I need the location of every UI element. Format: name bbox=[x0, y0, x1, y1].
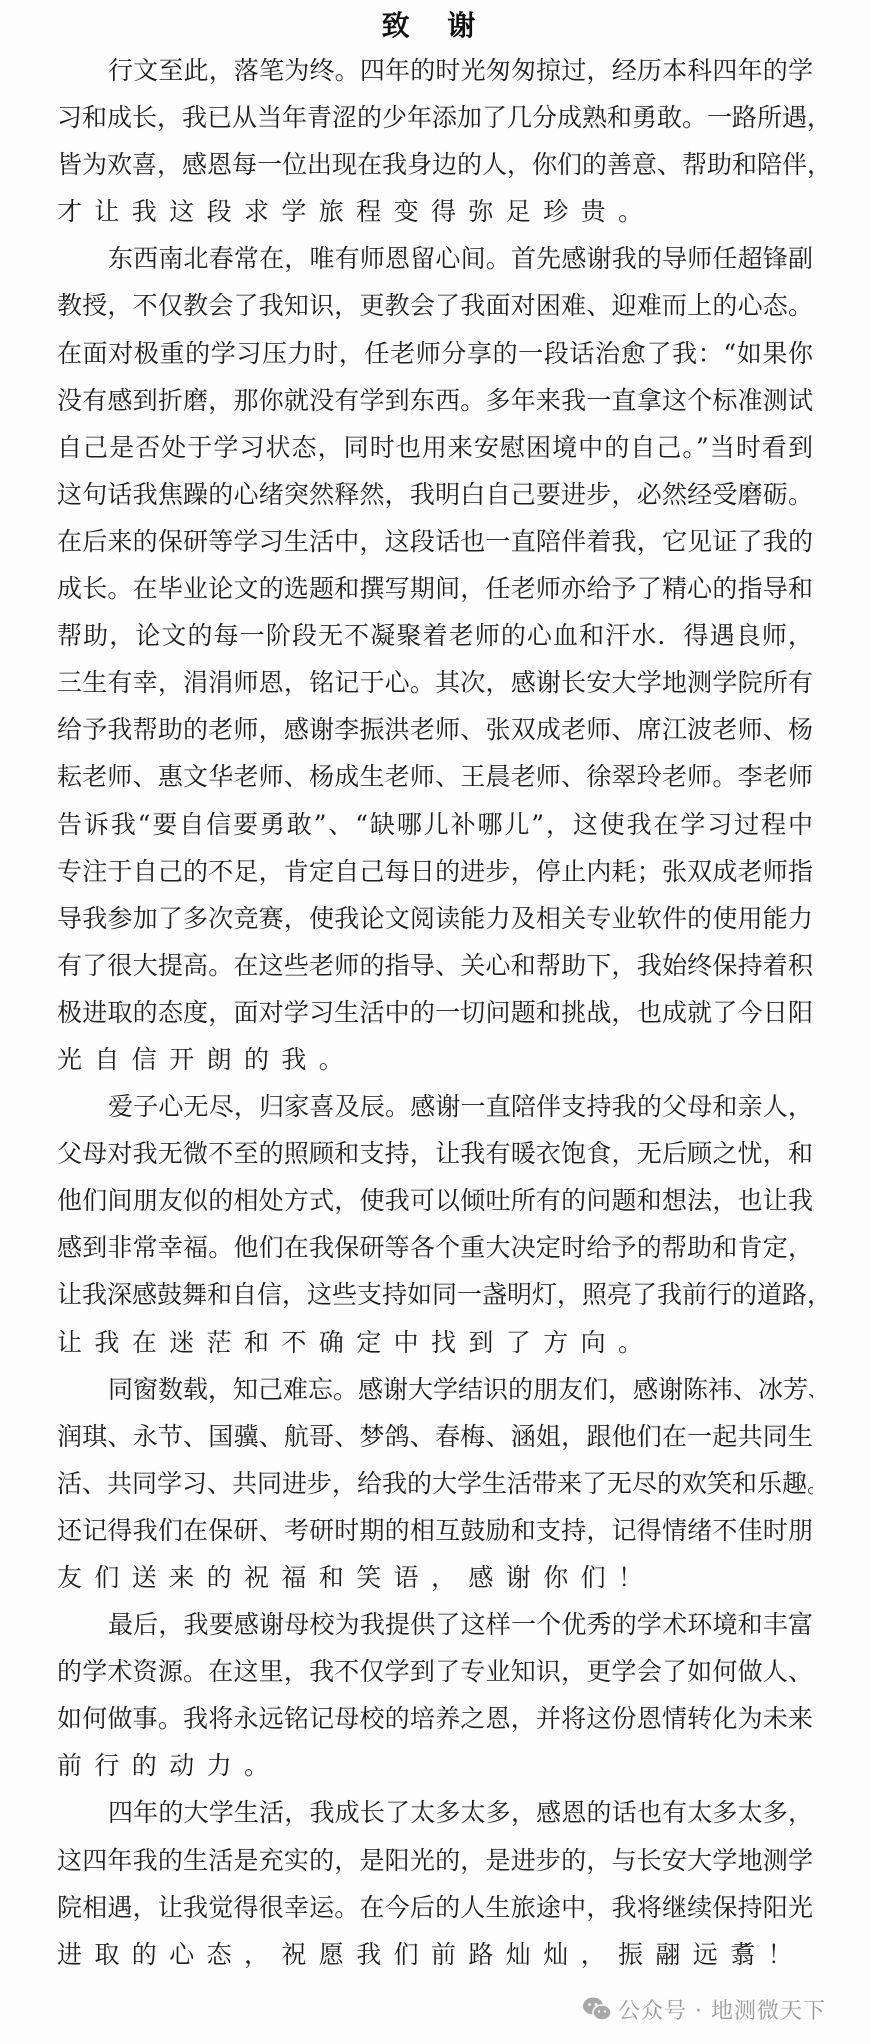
text-line: 在面对极重的学习压力时，任老师分享的一段话治愈了我：“如果你 bbox=[57, 337, 813, 384]
text-line: 专注于自己的不足，肯定自己每日的进步，停止内耗；张双成老师指 bbox=[57, 855, 813, 902]
paragraph: 最后，我要感谢母校为我提供了这样一个优秀的学术环境和丰富的学术资源。在这里，我不… bbox=[57, 1608, 813, 1796]
text-line: 极进取的态度，面对学习生活中的一切问题和挑战，也成就了今日阳 bbox=[57, 996, 813, 1043]
text-line: 告诉我“要自信要勇敢”、“缺哪儿补哪儿”，这使我在学习过程中 bbox=[57, 808, 813, 855]
text-line: 行文至此，落笔为终。四年的时光匆匆掠过，经历本科四年的学 bbox=[57, 54, 813, 101]
text-line: 同窗数载，知己难忘。感谢大学结识的朋友们，感谢陈祎、冰芳、 bbox=[57, 1373, 813, 1420]
text-line: 父母对我无微不至的照顾和支持，让我有暖衣饱食，无后顾之忧，和 bbox=[57, 1137, 813, 1184]
paragraph: 行文至此，落笔为终。四年的时光匆匆掠过，经历本科四年的学习和成长，我已从当年青涩… bbox=[57, 54, 813, 242]
text-line: 给予我帮助的老师，感谢李振洪老师、张双成老师、席江波老师、杨 bbox=[57, 713, 813, 760]
text-line: 润琪、永节、国骥、航哥、梦鸽、春梅、涵姐，跟他们在一起共同生 bbox=[57, 1420, 813, 1467]
text-line: 活、共同学习、共同进步，给我的大学生活带来了无尽的欢笑和乐趣。 bbox=[57, 1467, 813, 1514]
paragraph: 四年的大学生活，我成长了太多太多，感恩的话也有太多太多，这四年我的生活是充实的，… bbox=[57, 1796, 813, 1984]
text-line: 这四年我的生活是充实的，是阳光的，是进步的，与长安大学地测学 bbox=[57, 1844, 813, 1891]
text-line: 耘老师、惠文华老师、杨成生老师、王晨老师、徐翠玲老师。李老师 bbox=[57, 760, 813, 807]
text-line: 帮助，论文的每一阶段无不凝聚着老师的心血和汗水．得遇良师， bbox=[57, 619, 813, 666]
text-line: 最后，我要感谢母校为我提供了这样一个优秀的学术环境和丰富 bbox=[57, 1608, 813, 1655]
text-line: 让我在迷茫和不确定中找到了方向。 bbox=[57, 1326, 813, 1373]
wechat-icon bbox=[582, 1996, 612, 2022]
text-line: 这句话我焦躁的心绪突然释然，我明白自己要进步，必然经受磨砺。 bbox=[57, 478, 813, 525]
text-line: 他们间朋友似的相处方式，使我可以倾吐所有的问题和想法，也让我 bbox=[57, 1184, 813, 1231]
text-line: 如何做事。我将永远铭记母校的培养之恩，并将这份恩情转化为未来 bbox=[57, 1702, 813, 1749]
paragraph: 同窗数载，知己难忘。感谢大学结识的朋友们，感谢陈祎、冰芳、润琪、永节、国骥、航哥… bbox=[57, 1373, 813, 1608]
text-line: 没有感到折磨，那你就没有学到东西。多年来我一直拿这个标准测试 bbox=[57, 384, 813, 431]
paragraph: 东西南北春常在，唯有师恩留心间。首先感谢我的导师任超锋副教授，不仅教会了我知识，… bbox=[57, 242, 813, 1090]
watermark-text: 公众号 · 地测微天下 bbox=[618, 1994, 826, 2025]
watermark: 公众号 · 地测微天下 bbox=[582, 1992, 826, 2026]
text-line: 让我深感鼓舞和自信，这些支持如同一盏明灯，照亮了我前行的道路， bbox=[57, 1278, 813, 1325]
text-line: 还记得我们在保研、考研时期的相互鼓励和支持，记得情绪不佳时朋 bbox=[57, 1514, 813, 1561]
text-line: 四年的大学生活，我成长了太多太多，感恩的话也有太多太多， bbox=[57, 1796, 813, 1843]
text-line: 自己是否处于学习状态，同时也用来安慰困境中的自己。”当时看到 bbox=[57, 431, 813, 478]
text-line: 导我参加了多次竞赛，使我论文阅读能力及相关专业软件的使用能力 bbox=[57, 902, 813, 949]
text-line: 习和成长，我已从当年青涩的少年添加了几分成熟和勇敢。一路所遇， bbox=[57, 101, 813, 148]
acknowledgement-body: 行文至此，落笔为终。四年的时光匆匆掠过，经历本科四年的学习和成长，我已从当年青涩… bbox=[57, 54, 813, 1985]
text-line: 院相遇，让我觉得很幸运。在今后的人生旅途中，我将继续保持阳光 bbox=[57, 1891, 813, 1938]
text-line: 的学术资源。在这里，我不仅学到了专业知识，更学会了如何做人、 bbox=[57, 1655, 813, 1702]
text-line: 有了很大提高。在这些老师的指导、关心和帮助下，我始终保持着积 bbox=[57, 949, 813, 996]
text-line: 前行的动力。 bbox=[57, 1749, 813, 1796]
page-title: 致 谢 bbox=[0, 6, 871, 46]
text-line: 皆为欢喜，感恩每一位出现在我身边的人，你们的善意、帮助和陪伴， bbox=[57, 148, 813, 195]
document-page: 致 谢 行文至此，落笔为终。四年的时光匆匆掠过，经历本科四年的学习和成长，我已从… bbox=[0, 0, 871, 2044]
paragraph: 爱子心无尽，归家喜及辰。感谢一直陪伴支持我的父母和亲人，父母对我无微不至的照顾和… bbox=[57, 1090, 813, 1373]
text-line: 友们送来的祝福和笑语，感谢你们！ bbox=[57, 1561, 813, 1608]
text-line: 进取的心态，祝愿我们前路灿灿，振翮远翥！ bbox=[57, 1938, 813, 1985]
text-line: 才让我这段求学旅程变得弥足珍贵。 bbox=[57, 195, 813, 242]
text-line: 感到非常幸福。他们在我保研等各个重大决定时给予的帮助和肯定， bbox=[57, 1231, 813, 1278]
text-line: 东西南北春常在，唯有师恩留心间。首先感谢我的导师任超锋副 bbox=[57, 242, 813, 289]
text-line: 爱子心无尽，归家喜及辰。感谢一直陪伴支持我的父母和亲人， bbox=[57, 1090, 813, 1137]
text-line: 成长。在毕业论文的选题和撰写期间，任老师亦给予了精心的指导和 bbox=[57, 572, 813, 619]
text-line: 三生有幸，涓涓师恩，铭记于心。其次，感谢长安大学地测学院所有 bbox=[57, 666, 813, 713]
text-line: 光自信开朗的我。 bbox=[57, 1043, 813, 1090]
text-line: 在后来的保研等学习生活中，这段话也一直陪伴着我，它见证了我的 bbox=[57, 525, 813, 572]
text-line: 教授，不仅教会了我知识，更教会了我面对困难、迎难而上的心态。 bbox=[57, 289, 813, 336]
